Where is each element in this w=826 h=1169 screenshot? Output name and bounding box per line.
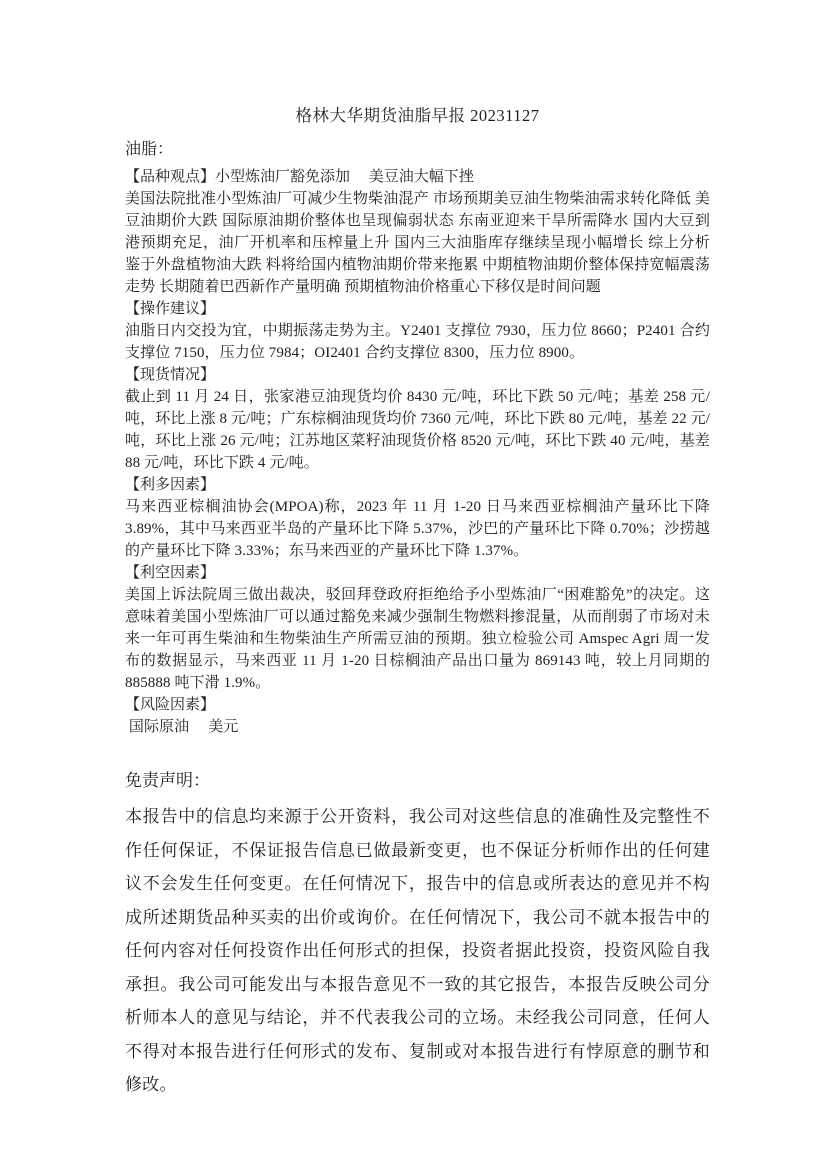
section-body-risk-factors: 国际原油 美元 [125, 716, 710, 738]
disclaimer-body: 本报告中的信息均来源于公开资料，我公司对这些信息的准确性及完整性不作任何保证，不… [125, 800, 710, 1102]
section-body-spot-situation: 截止到 11 月 24 日，张家港豆油现货均价 8430 元/吨，环比下跌 50… [125, 386, 710, 474]
category-label: 油脂： [125, 138, 710, 162]
section-heading-bearish-factors: 【利空因素】 [125, 562, 710, 584]
section-body-bearish-factors: 美国上诉法院周三做出裁决，驳回拜登政府拒绝给予小型炼油厂“困难豁免”的决定。这意… [125, 584, 710, 694]
section-heading-operation-advice: 【操作建议】 [125, 298, 710, 320]
disclaimer-heading: 免责声明： [125, 768, 710, 794]
section-body-bullish-factors: 马来西亚棕榈油协会(MPOA)称，2023 年 11 月 1-20 日马来西亚棕… [125, 496, 710, 562]
report-title: 格林大华期货油脂早报 20231127 [125, 104, 710, 128]
section-body-operation-advice: 油脂日内交投为宜，中期振荡走势为主。Y2401 支撑位 7930，压力位 866… [125, 320, 710, 364]
report-page: 格林大华期货油脂早报 20231127 油脂： 【品种观点】小型炼油厂豁免添加 … [125, 104, 710, 1102]
section-heading-bullish-factors: 【利多因素】 [125, 474, 710, 496]
section-body-variety-viewpoint: 美国法院批准小型炼油厂可减少生物柴油混产 市场预期美豆油生物柴油需求转化降低 美… [125, 188, 710, 298]
section-heading-variety-viewpoint: 【品种观点】小型炼油厂豁免添加 美豆油大幅下挫 [125, 166, 710, 188]
section-heading-risk-factors: 【风险因素】 [125, 694, 710, 716]
section-heading-spot-situation: 【现货情况】 [125, 364, 710, 386]
